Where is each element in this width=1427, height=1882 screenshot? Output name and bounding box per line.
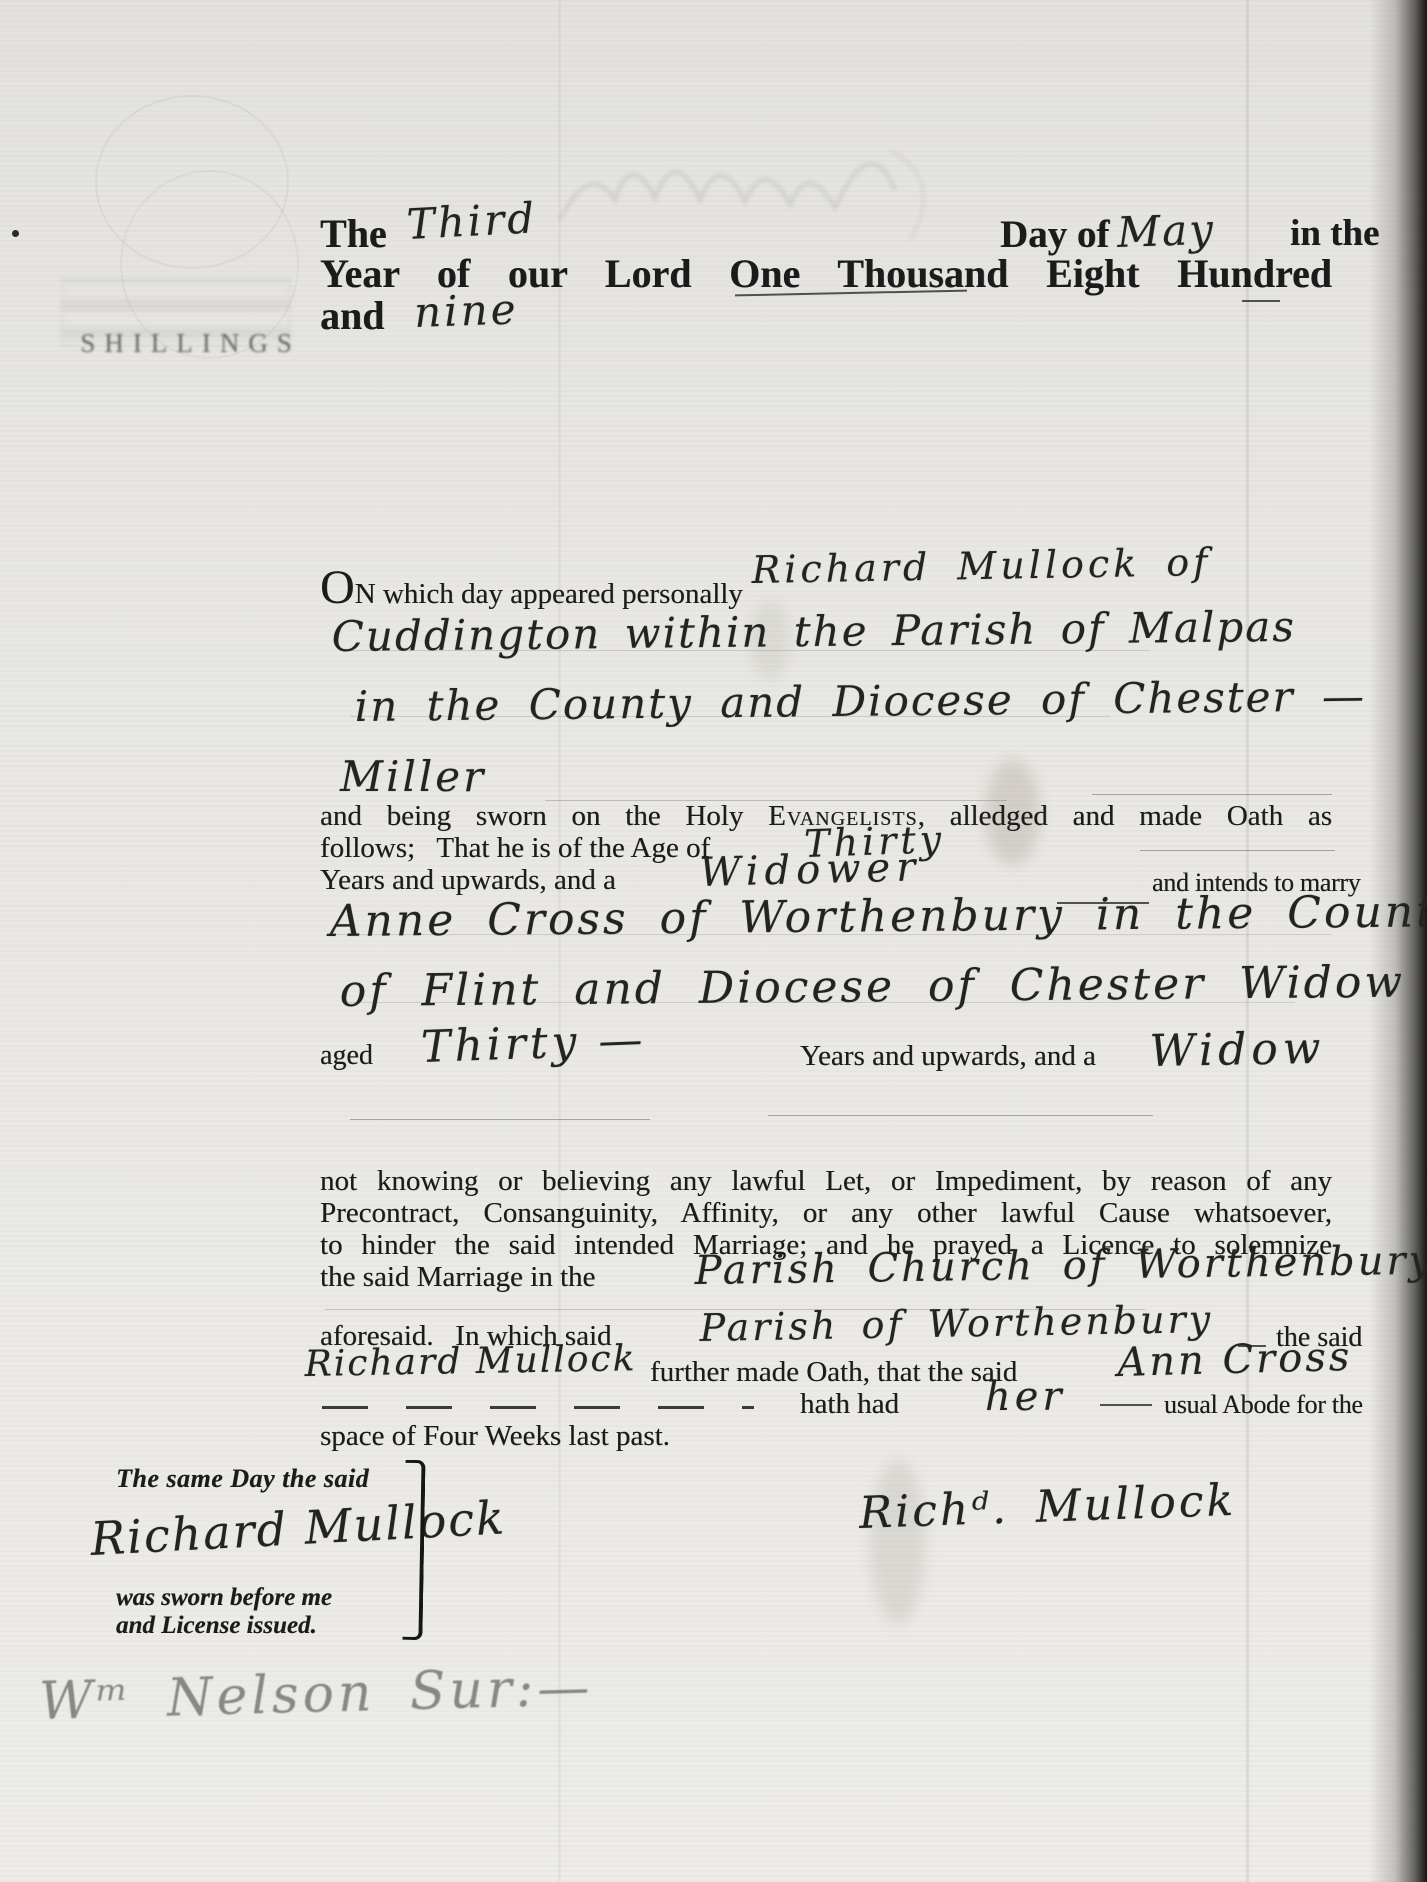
scan-edge-shadow	[1369, 0, 1427, 1882]
hw-occupation: Miller	[340, 752, 486, 801]
hw-bride-line2: of Flint and Diocese of Chester Widow —	[340, 956, 1427, 1017]
declaration-line1: not knowing or believing any lawful Let,…	[320, 1165, 1332, 1198]
hw-year-word: nine	[413, 284, 519, 337]
years-upwards2: Years and upwards, and a	[800, 1040, 1096, 1073]
scanned-document-page: SHILLINGS The Third Day of May in the Ye…	[0, 0, 1427, 1882]
abode-text: usual Abode for the	[1164, 1390, 1363, 1420]
hand-dashes	[322, 1406, 754, 1409]
ink-smudge	[870, 1460, 925, 1625]
hath-had-text: hath had	[800, 1388, 899, 1421]
hw-bride-name: Ann Cross	[1117, 1334, 1353, 1386]
hw-bride-condition: Widow	[1149, 1023, 1326, 1077]
hw-county: in the County and Diocese of Chester —	[354, 671, 1366, 731]
attestation-bracket	[402, 1460, 425, 1640]
further-oath-text: further made Oath, that the said	[650, 1356, 1017, 1389]
date-in-the: in the	[1290, 212, 1379, 255]
hw-bride-age: Thirty —	[420, 1014, 647, 1073]
hand-dash	[1242, 300, 1280, 302]
follows-line: follows; That he is of the Age of	[320, 832, 710, 865]
hand-dash	[1100, 1404, 1152, 1406]
scan-speck	[12, 230, 19, 237]
drop-cap-O: O	[320, 561, 355, 614]
hw-condition: Widower	[699, 844, 922, 896]
attestation-line1: The same Day the said	[116, 1464, 369, 1494]
surrogate-signature: Wᵐ Nelson Sur:—	[38, 1658, 594, 1732]
space-line: space of Four Weeks last past.	[320, 1420, 670, 1453]
hw-name2: Richard Mullock	[304, 1338, 637, 1385]
hw-attestation-name: Richard Mullock	[89, 1490, 507, 1566]
hw-deponent-name: Richard Mullock of	[751, 540, 1211, 592]
blank-rule	[350, 1119, 650, 1120]
blank-rule	[1092, 794, 1332, 795]
hw-church: Parish Church of Worthenbury	[694, 1238, 1427, 1294]
blank-rule	[1140, 850, 1335, 851]
faint-box-stamp	[62, 278, 290, 346]
declaration-line4: the said Marriage in the	[320, 1261, 595, 1294]
blank-rule	[768, 1115, 1153, 1116]
attestation-line3: and License issued.	[116, 1612, 317, 1640]
hw-her: her	[985, 1374, 1066, 1420]
declaration-line2: Precontract, Consanguinity, Affinity, or…	[320, 1197, 1332, 1230]
attestation-line2: was sworn before me	[116, 1584, 332, 1612]
aged-label: aged	[320, 1040, 373, 1072]
appearance-intro: ON which day appeared personally	[320, 560, 743, 615]
hw-bride-line1: Anne Cross of Worthenbury in the County	[330, 886, 1427, 947]
date-and: and	[320, 292, 385, 339]
hw-residence: Cuddington within the Parish of Malpas	[331, 602, 1296, 661]
years-upwards-line: Years and upwards, and a	[320, 864, 616, 897]
hw-day-word: Third	[405, 193, 538, 249]
